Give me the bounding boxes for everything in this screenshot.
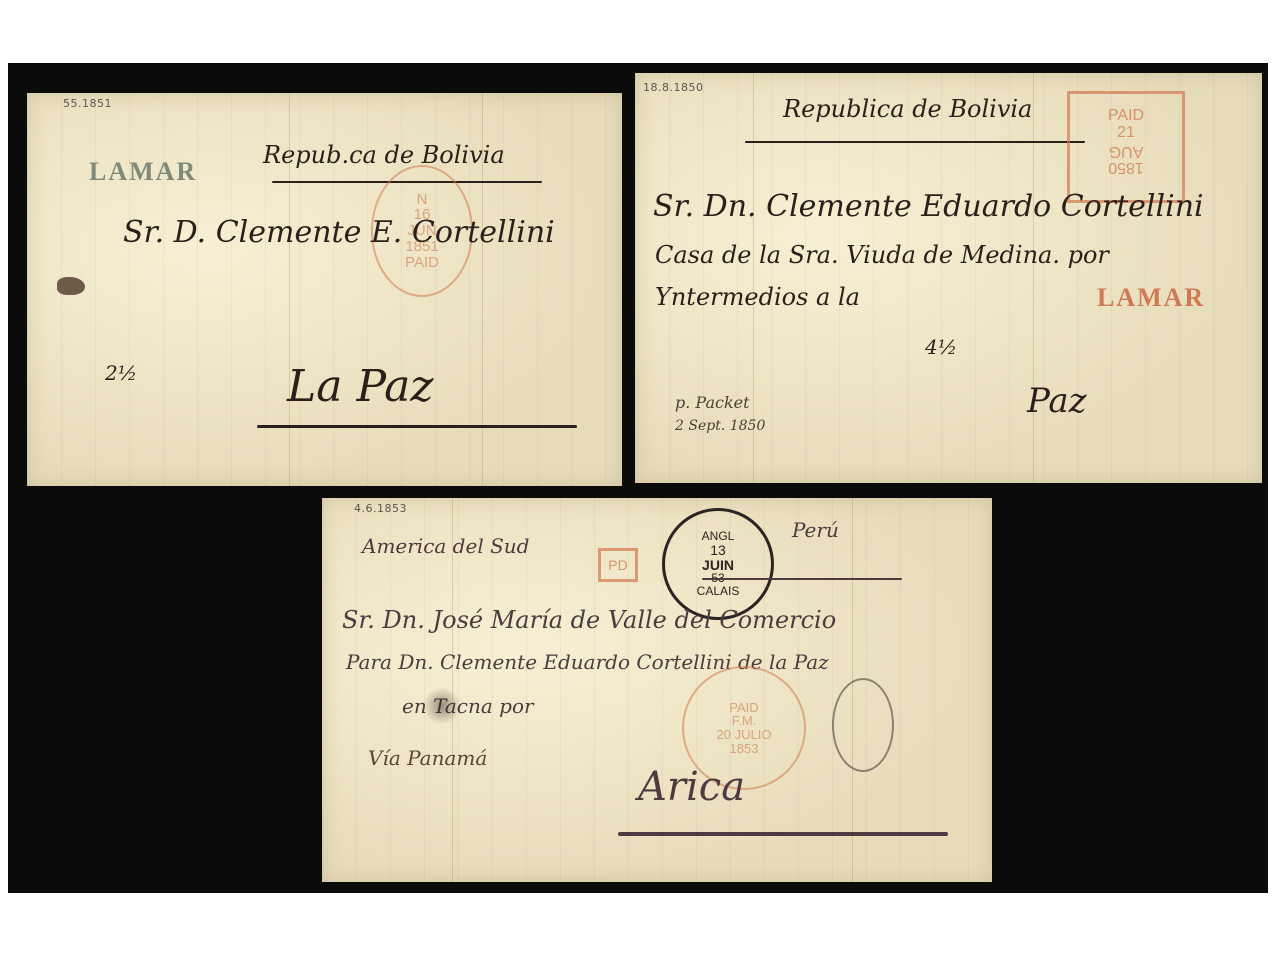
- packet-note-line-2: 2 Sept. 1850: [675, 418, 765, 434]
- ink-blot: [57, 277, 85, 295]
- route-instruction: America del Sud: [362, 534, 529, 558]
- pd-handstamp: PD: [598, 548, 638, 582]
- addressee: Sr. D. Clemente E. Cortellini: [123, 215, 555, 250]
- paid-boxed-handstamp: PAID 21 AUG 1850: [1067, 91, 1185, 203]
- paid-stamp-year: 1850: [1070, 158, 1182, 175]
- ink-spatter: [422, 688, 462, 724]
- via-instruction: Vía Panamá: [368, 746, 487, 770]
- rate-marking: 4½: [925, 335, 957, 359]
- destination: Paz: [1027, 381, 1087, 421]
- route-peru: Perú: [792, 518, 839, 542]
- destination: Arica: [638, 764, 745, 810]
- destination-underline: [618, 832, 948, 836]
- red-cds-year: 1853: [730, 742, 759, 756]
- inventory-note: 4.6.1853: [354, 502, 407, 515]
- paid-stamp-day: 21: [1070, 125, 1182, 142]
- cds-bottom: CALAIS: [697, 585, 740, 598]
- route-instruction: Repub.ca de Bolivia: [263, 141, 505, 169]
- addressee-line-2: Casa de la Sra. Viuda de Medina. por: [655, 241, 1109, 269]
- red-cds-top: PAID: [729, 701, 758, 715]
- calais-datestamp: ANGL 13 JUIN 53 CALAIS: [662, 508, 774, 620]
- inventory-note: 55.1851: [63, 97, 112, 110]
- lamar-handstamp: LAMAR: [89, 157, 197, 187]
- packet-note-line-1: p. Packet: [675, 393, 750, 412]
- cds-day: 13: [710, 543, 726, 558]
- inventory-note: 18.8.1850: [643, 81, 703, 94]
- cover-2-paz-1850: 18.8.1850 Republica de Bolivia PAID 21 A…: [635, 73, 1262, 483]
- peru-underline: [702, 578, 902, 580]
- addressee-line-3: Yntermedios a la: [655, 283, 860, 311]
- faint-transit-datestamp: [832, 678, 894, 772]
- addressee-line-1: Sr. Dn. Clemente Eduardo Cortellini: [653, 189, 1204, 224]
- lamar-handstamp: LAMAR: [1097, 283, 1205, 313]
- postmark-paid: PAID: [405, 255, 439, 271]
- postmark-text: N: [417, 192, 428, 208]
- route-instruction: Republica de Bolivia: [783, 95, 1032, 123]
- destination: La Paz: [287, 361, 433, 412]
- fold-line: [1033, 73, 1034, 483]
- cds-month: JUIN: [702, 558, 734, 573]
- cover-1-la-paz-1851: 55.1851 LAMAR Repub.ca de Bolivia N 16 J…: [27, 93, 622, 486]
- cover-3-arica-1853: 4.6.1853 America del Sud PD ANGL 13 JUIN…: [322, 498, 992, 882]
- rate-marking: 2½: [105, 361, 137, 385]
- red-cds-mid: F.M.: [732, 714, 757, 728]
- red-cds-date: 20 JULIO: [717, 728, 772, 742]
- paid-stamp-month: AUG: [1070, 142, 1182, 159]
- addressee-line-1: Sr. Dn. José María de Valle del Comercio: [342, 606, 836, 634]
- destination-underline: [257, 425, 577, 428]
- route-underline: [745, 141, 1085, 143]
- paid-stamp-text: PAID: [1070, 108, 1182, 125]
